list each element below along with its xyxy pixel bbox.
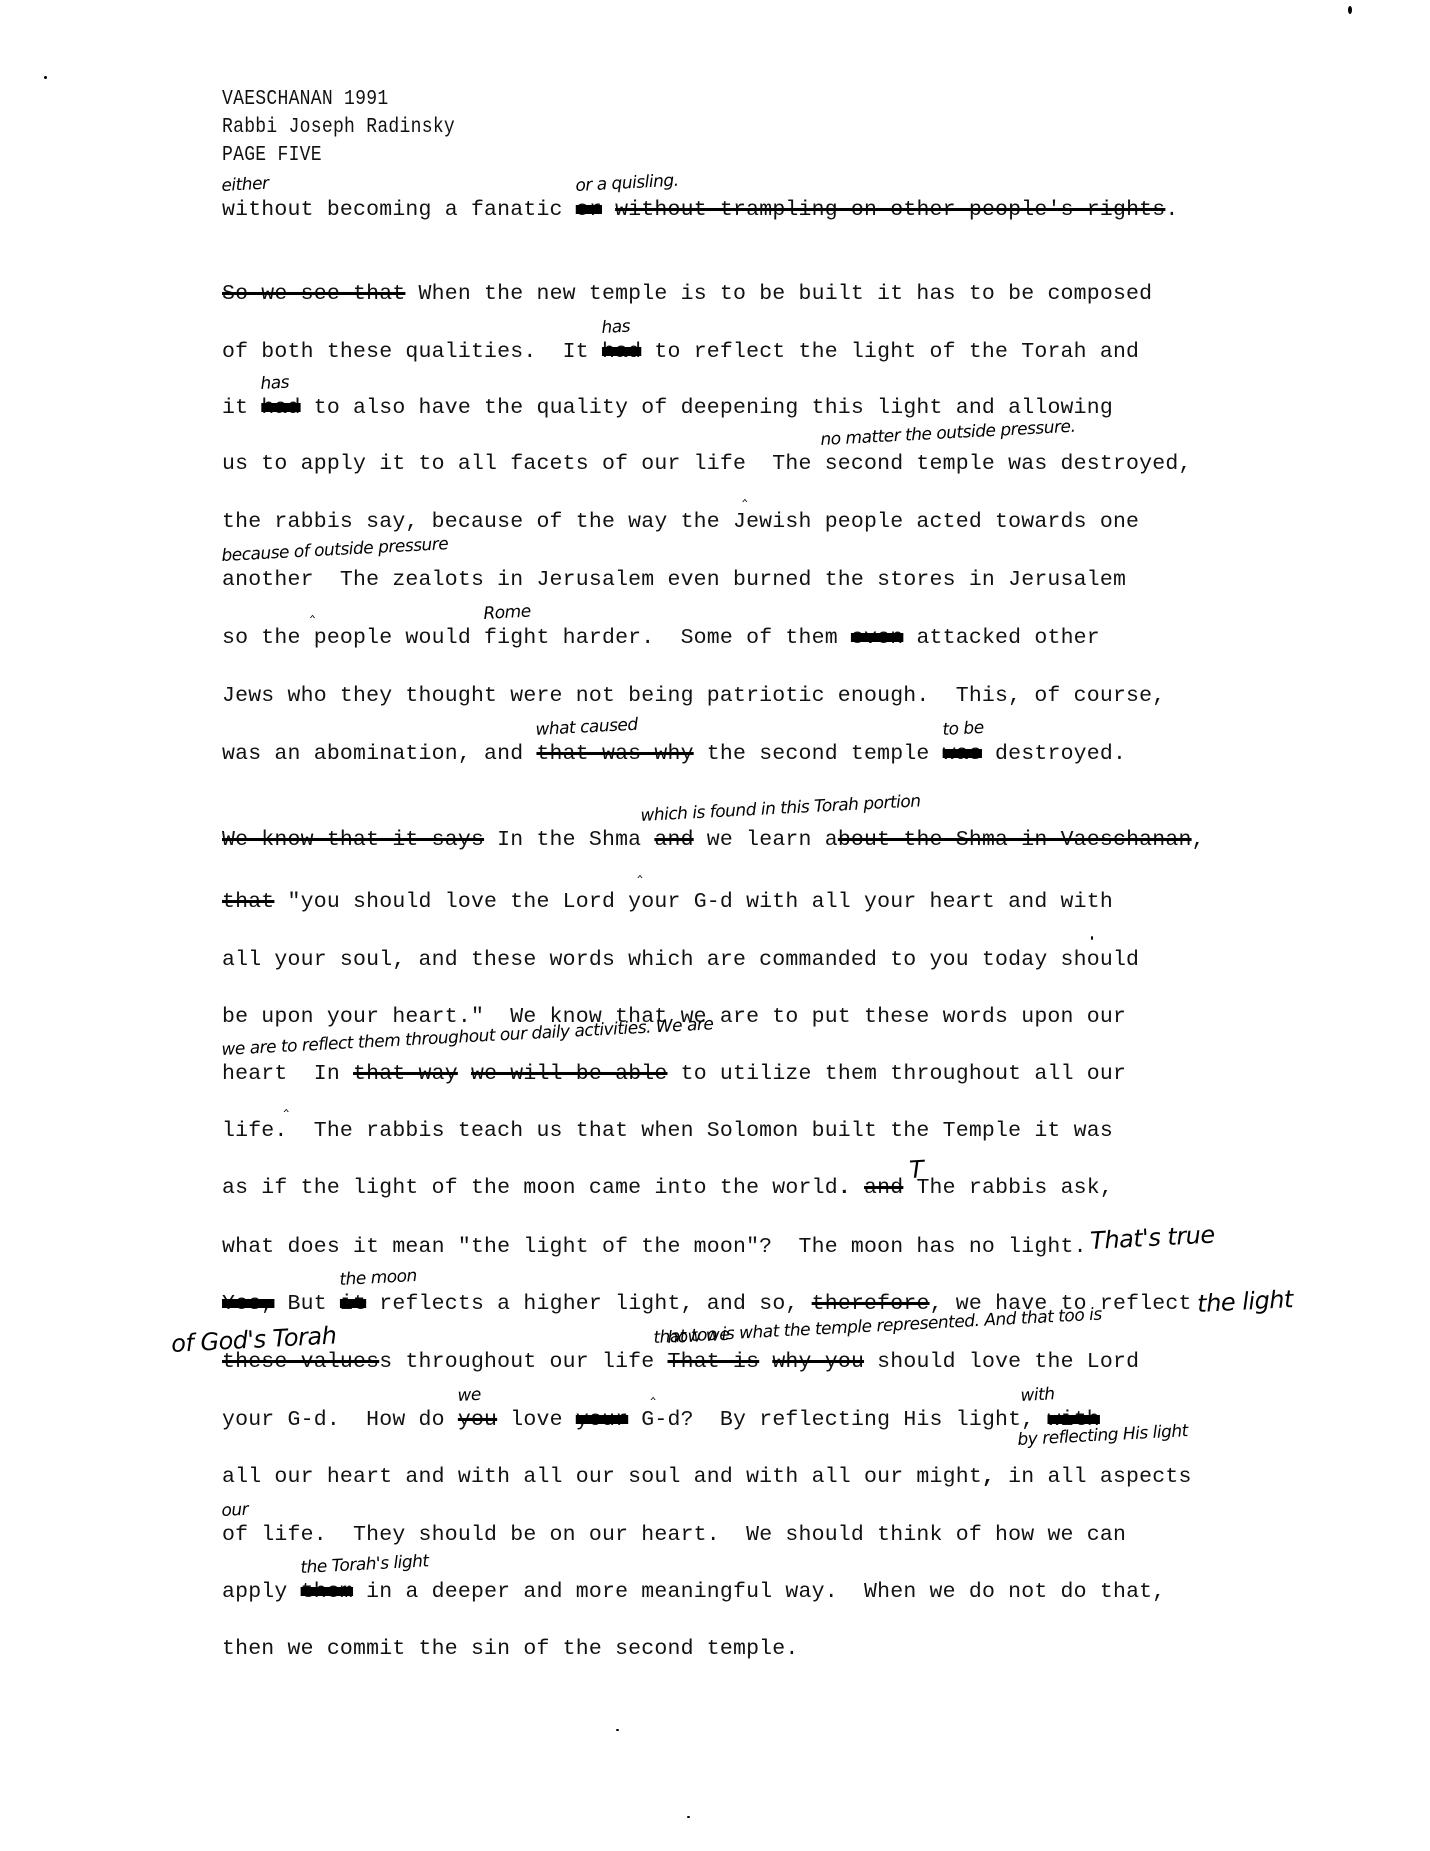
text-line: all your soul, and these words which are… [222, 948, 1139, 972]
segment-text: destroyed. [982, 742, 1126, 766]
typed-text: then we commit the sin of the second tem… [222, 1637, 799, 1661]
typed-text: That's true [1087, 1235, 1100, 1259]
text-line: of ourlife. They should be on our heart.… [222, 1523, 1126, 1547]
segment-text: had [602, 340, 641, 364]
segment-text: reflects a higher light, and so, [366, 1292, 811, 1316]
segment-text: bout the Shma in Vaeschanan [838, 828, 1192, 852]
handwritten-insertion: which is found in this Torah portion [640, 791, 921, 826]
text-line: life. The rabbis teach us that when Solo… [222, 1119, 1113, 1143]
scan-speck [44, 76, 47, 79]
segment-text: that was why [536, 742, 693, 766]
typed-text: Jews who they thought were not being pat… [222, 684, 1165, 708]
segment-text: without becoming a fanatic [222, 198, 563, 222]
typed-text: life. They should be on our heart. We sh… [261, 1523, 1126, 1547]
segment-text: The zealots in Jerusalem even burned the… [314, 568, 1126, 592]
typed-text: heartwe are to reflect them throughout o… [222, 1062, 288, 1086]
typed-text: . [1165, 198, 1178, 222]
segment-text: of [222, 1523, 261, 1547]
segment-text: s throughout our life [379, 1350, 654, 1374]
page-label: PAGE FIVE [222, 142, 455, 170]
segment-text: had [261, 396, 300, 420]
handwritten-insertion: because of outside pressure [221, 534, 449, 566]
handwritten-insertion: has [601, 317, 631, 338]
segment-text: it [222, 396, 261, 420]
segment-text: apply [222, 1580, 301, 1604]
segment-text: We know that it says [222, 828, 484, 852]
segment-text [759, 1350, 772, 1374]
segment-text: So we see that [222, 282, 405, 306]
segment-text: it [340, 1292, 366, 1316]
blotted-text: themthe Torah's light [301, 1580, 353, 1604]
struck-text: We know that it says [222, 828, 484, 852]
editing-mark: . [838, 1176, 851, 1200]
blotted-text: withby reflecting His light [1048, 1408, 1100, 1432]
typed-text: was an abomination, and [222, 742, 536, 766]
handwritten-insertion: or a quisling. [575, 171, 679, 196]
segment-text: life. The rabbis teach us that when Solo… [222, 1119, 1113, 1143]
typed-text: fightRome [484, 626, 550, 650]
typed-text: love [497, 1408, 576, 1432]
typed-text: reflects a higher light, and so, [366, 1292, 811, 1316]
typed-text: In the Shma [484, 828, 641, 852]
typed-text: attacked other [903, 626, 1100, 650]
segment-text [654, 1350, 667, 1374]
handwritten-insertion: we [457, 1385, 481, 1406]
struck-text: bout the Shma in Vaeschanan [838, 828, 1192, 852]
blotted-text: hadhas [602, 340, 641, 364]
segment-text: fight [484, 626, 550, 650]
text-line: all our heart and with all our soul and … [222, 1465, 1192, 1489]
segment-text: us to apply it to all facets of our life [222, 452, 746, 476]
blotted-text: oror a quisling. [576, 198, 602, 222]
typed-text: of both these qualities. It [222, 340, 602, 364]
segment-text: to also have the quality of deepening th… [301, 396, 1113, 420]
typed-text: harder. Some of them [550, 626, 851, 650]
typed-text: , [1192, 828, 1205, 852]
handwritten-insertion: to be [942, 718, 984, 740]
struck-text: that was whywhat caused [536, 742, 693, 766]
segment-text: we will be able [471, 1062, 668, 1086]
segment-text: your [576, 1408, 628, 1432]
author-name: Rabbi Joseph Radinsky [222, 114, 455, 142]
segment-text: That is [668, 1350, 760, 1374]
segment-text: we learn a [694, 828, 838, 852]
segment-text: , [1192, 828, 1205, 852]
text-line: it hadhas to also have the quality of de… [222, 396, 1113, 420]
typed-text: anotherbecause of outside pressure [222, 568, 314, 592]
typed-text: G-d? By reflecting His light [628, 1408, 1021, 1432]
blotted-text: your [576, 1408, 628, 1432]
text-line: these valuesof God's Torahs throughout o… [222, 1350, 1139, 1374]
typed-text: When the new temple is to be built it ha… [419, 282, 1153, 306]
segment-text: your G-d. How do [222, 1408, 458, 1432]
segment-text: In [288, 1062, 354, 1086]
struck-text: we will be able [471, 1062, 668, 1086]
text-line: anotherbecause of outside pressure The z… [222, 568, 1126, 592]
typed-text: what does it mean "the light of the moon… [222, 1235, 1087, 1259]
typed-text [458, 1062, 471, 1086]
typed-text: without becoming a fanaticeither [222, 198, 563, 222]
typed-text [602, 198, 615, 222]
segment-text: as if the light of the moon came into th… [222, 1176, 838, 1200]
segment-text: Yes, [222, 1292, 274, 1316]
segment-text [405, 282, 418, 306]
struck-text: and [864, 1176, 903, 1200]
blotted-text: hadhas [261, 396, 300, 420]
text-line: We know that it says In the Shmawhich is… [222, 828, 1205, 852]
segment-text: the second temple [694, 742, 943, 766]
segment-text: and [864, 1176, 903, 1200]
segment-text: In the Shma [484, 828, 641, 852]
handwritten-insertion: how we [666, 1325, 729, 1348]
segment-text: . [838, 1176, 851, 1200]
segment-text: to utilize them throughout all our [668, 1062, 1127, 1086]
text-line: Jews who they thought were not being pat… [222, 684, 1165, 708]
scan-speck [1348, 6, 1352, 14]
segment-text: even [851, 626, 903, 650]
struck-text: that [222, 890, 274, 914]
handwritten-insertion: with [1020, 1384, 1055, 1406]
typed-text: all our heart and with all our soul and … [222, 1465, 982, 1489]
segment-text: why you [772, 1350, 864, 1374]
typed-text: to reflect the light of the Torah and [641, 340, 1139, 364]
text-line: then we commit the sin of the second tem… [222, 1637, 799, 1661]
typed-text: the second temple [694, 742, 943, 766]
typed-text [563, 198, 576, 222]
struck-text: So we see that [222, 282, 405, 306]
typed-text: In [288, 1062, 354, 1086]
text-line: was an abomination, and that was whywhat… [222, 742, 1126, 766]
segment-text: should love the Lord [864, 1350, 1139, 1374]
segment-text: or [576, 198, 602, 222]
text-line: without becoming a fanaticeither oror a … [222, 198, 1179, 222]
segment-text: all your soul, and these words which are… [222, 948, 1139, 972]
text-line: apply themthe Torah's light in a deeper … [222, 1580, 1165, 1604]
handwritten-insertion: the light [1196, 1285, 1293, 1318]
segment-text: love [497, 1408, 576, 1432]
text-line: So we see that When the new temple is to… [222, 282, 1152, 306]
blotted-text: itthe moon [340, 1292, 366, 1316]
text-line: what does it mean "the light of the moon… [222, 1235, 1100, 1259]
segment-text: G-d? By reflecting His light [628, 1408, 1021, 1432]
segment-text [641, 828, 654, 852]
segment-text: "you should love the Lord your G-d with … [274, 890, 1113, 914]
typed-text: it [222, 396, 261, 420]
segment-text: all our heart and with all our soul and … [222, 1465, 982, 1489]
typed-text: of our [222, 1523, 261, 1547]
typed-text: The zealots in Jerusalem even burned the… [314, 568, 1126, 592]
segment-text: in all aspects [995, 1465, 1192, 1489]
typed-text [654, 1350, 667, 1374]
struck-text: therefore [812, 1292, 930, 1316]
blotted-text: wasto be [943, 742, 982, 766]
typed-text: should love the Lord [864, 1350, 1139, 1374]
typed-text: so the people would [222, 626, 484, 650]
struck-text: and [654, 828, 693, 852]
text-line: the rabbis say, because of the way the J… [222, 510, 1139, 534]
blotted-text: even [851, 626, 903, 650]
segment-text: in a deeper and more meaningful way. Whe… [353, 1580, 1165, 1604]
segment-text: was [943, 742, 982, 766]
segment-text: was an abomination, and [222, 742, 536, 766]
handwritten-insertion: what caused [535, 715, 638, 740]
segment-text [851, 1176, 864, 1200]
handwritten-insertion: T [909, 1155, 925, 1184]
typed-text: apply [222, 1580, 301, 1604]
document-page: VAESCHANAN 1991 Rabbi Joseph Radinsky PA… [0, 0, 1430, 1851]
typed-text: The second temple was destroyed, [746, 452, 1191, 476]
struck-text: that way [353, 1062, 458, 1086]
typed-text [759, 1350, 772, 1374]
segment-text: that [222, 890, 274, 914]
segment-text: therefore [812, 1292, 930, 1316]
struck-text: these valuesof God's Torah [222, 1350, 379, 1374]
segment-text: what does it mean "the light of the moon… [222, 1235, 1087, 1259]
segment-text: of both these qualities. It [222, 340, 602, 364]
text-line: as if the light of the moon came into th… [222, 1176, 1113, 1200]
handwritten-insertion: That's true [1089, 1220, 1215, 1254]
typed-text [405, 282, 418, 306]
editing-mark: , [982, 1465, 995, 1489]
segment-text: them [301, 1580, 353, 1604]
segment-text: so the people would [222, 626, 484, 650]
text-line: us to apply it to all facets of our life… [222, 452, 1192, 476]
typed-text: life. The rabbis teach us that when Solo… [222, 1119, 1113, 1143]
typed-text [641, 828, 654, 852]
typed-text: us to apply it to all facets of our life… [222, 452, 746, 476]
segment-text: and [654, 828, 693, 852]
struck-text: That ishow we [668, 1350, 760, 1374]
typed-text: to utilize them throughout all our [668, 1062, 1127, 1086]
segment-text: When the new temple is to be built it ha… [419, 282, 1153, 306]
text-line: of both these qualities. It hadhas to re… [222, 340, 1139, 364]
struck-text: youwe [458, 1408, 497, 1432]
typed-text: in all aspects [995, 1465, 1192, 1489]
document-header: VAESCHANAN 1991 Rabbi Joseph Radinsky PA… [222, 86, 455, 170]
typed-text: the rabbis say, because of the way the J… [222, 510, 1139, 534]
scan-speck [687, 1816, 690, 1818]
segment-text: harder. Some of them [550, 626, 851, 650]
handwritten-insertion: has [260, 373, 290, 394]
typed-text: your G-d. How do [222, 1408, 458, 1432]
blotted-text: Yes, [222, 1292, 274, 1316]
sermon-title: VAESCHANAN 1991 [222, 86, 455, 114]
scan-speck [616, 1729, 619, 1731]
struck-text: without trampling on other people's righ… [615, 198, 1165, 222]
segment-text: attacked other [903, 626, 1100, 650]
typed-text: The rabbis ask,T [916, 1176, 1113, 1200]
segment-text [602, 198, 615, 222]
typed-text: to also have the quality of deepening th… [301, 396, 1113, 420]
handwritten-insertion: no matter the outside pressure. [820, 417, 1076, 450]
segment-text: But [274, 1292, 340, 1316]
typed-text: as if the light of the moon came into th… [222, 1176, 838, 1200]
text-line: heartwe are to reflect them throughout o… [222, 1062, 1126, 1086]
segment-text: without trampling on other people's righ… [615, 198, 1165, 222]
typed-text: But [274, 1292, 340, 1316]
segment-text: then we commit the sin of the second tem… [222, 1637, 799, 1661]
handwritten-insertion: the Torah's light [300, 1551, 429, 1578]
segment-text: the rabbis say, because of the way the J… [222, 510, 1139, 534]
segment-text [563, 198, 576, 222]
segment-text: heart [222, 1062, 288, 1086]
typed-text: in a deeper and more meaningful way. Whe… [353, 1580, 1165, 1604]
segment-text [458, 1062, 471, 1086]
handwritten-insertion: Rome [483, 602, 531, 624]
segment-text: , [982, 1465, 995, 1489]
struck-text: why you [772, 1350, 864, 1374]
text-line: so the people would fightRome harder. So… [222, 626, 1100, 650]
handwritten-insertion: our [221, 1500, 249, 1521]
segment-text: you [458, 1408, 497, 1432]
handwritten-insertion: the moon [339, 1266, 417, 1290]
typed-text: s throughout our life [379, 1350, 654, 1374]
typed-text: "you should love the Lord your G-d with … [274, 890, 1113, 914]
segment-text: The second temple was destroyed, [746, 452, 1191, 476]
segment-text: another [222, 568, 314, 592]
scan-speck [1091, 936, 1093, 940]
typed-text [851, 1176, 864, 1200]
segment-text: life. They should be on our heart. We sh… [261, 1523, 1126, 1547]
typed-text: all your soul, and these words which are… [222, 948, 1139, 972]
segment-text: that way [353, 1062, 458, 1086]
segment-text: . [1165, 198, 1178, 222]
segment-text: The rabbis ask, [916, 1176, 1113, 1200]
typed-text: we learn a [694, 828, 838, 852]
text-line: your G-d. How do youwe love your G-d? By… [222, 1408, 1100, 1432]
handwritten-insertion: either [221, 174, 269, 196]
segment-text: Jews who they thought were not being pat… [222, 684, 1165, 708]
text-line: that "you should love the Lord your G-d … [222, 890, 1113, 914]
typed-text: destroyed. [982, 742, 1126, 766]
segment-text: to reflect the light of the Torah and [641, 340, 1139, 364]
